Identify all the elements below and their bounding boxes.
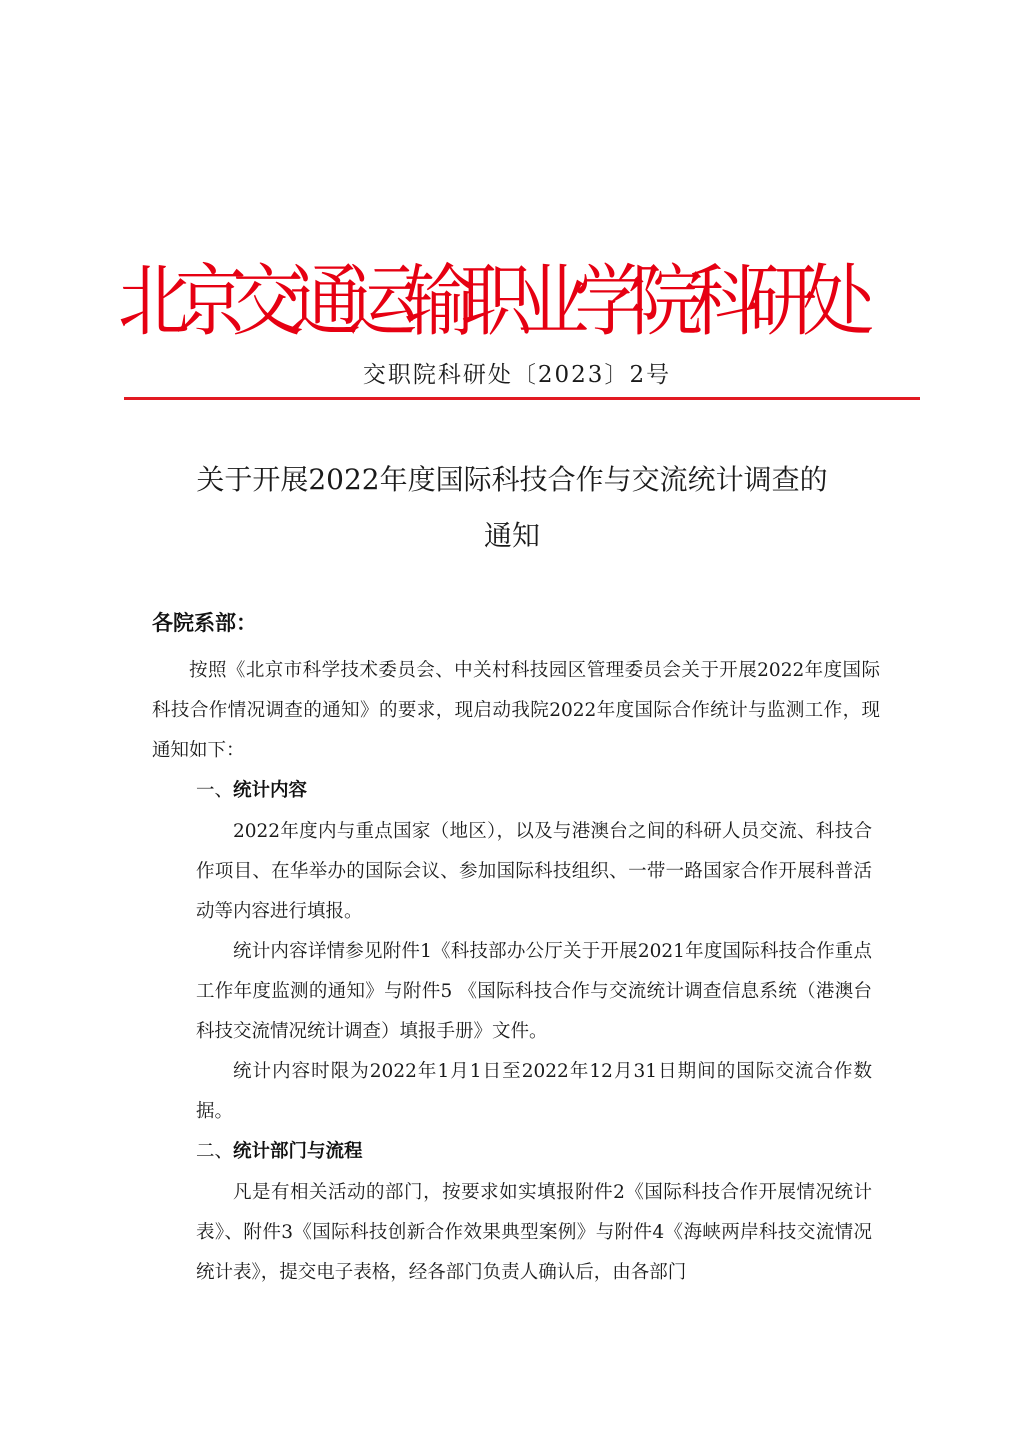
organization-letterhead: 北京交通运输职业学院科研处 [118, 252, 826, 352]
document-number: 交职院科研处〔2023〕2号 [0, 360, 1024, 390]
section-1-paragraph-3: 统计内容时限为2022年1月1日至2022年12月31日期间的国际交流合作数据。 [196, 1052, 872, 1132]
intro-paragraph: 按照《北京市科学技术委员会、中关村科技园区管理委员会关于开展2022年度国际科技… [152, 651, 880, 771]
section-label: 统计内容 [233, 780, 307, 801]
section-number: 二、 [196, 1141, 233, 1162]
document-title-line-2: 通知 [140, 508, 884, 564]
salutation: 各院系部： [152, 608, 257, 638]
document-page: 北京交通运输职业学院科研处 交职院科研处〔2023〕2号 关于开展2022年度国… [0, 0, 1024, 1448]
section-heading-1: 一、统计内容 [196, 771, 307, 811]
section-heading-2: 二、统计部门与流程 [196, 1132, 363, 1172]
document-title-line-1: 关于开展2022年度国际科技合作与交流统计调查的 [140, 452, 884, 508]
section-1-paragraph-1: 2022年度内与重点国家（地区），以及与港澳台之间的科研人员交流、科技合作项目、… [196, 812, 872, 932]
document-title: 关于开展2022年度国际科技合作与交流统计调查的 通知 [140, 452, 884, 564]
section-number: 一、 [196, 780, 233, 801]
letterhead-red-rule [124, 397, 920, 400]
section-2-paragraph-1: 凡是有相关活动的部门，按要求如实填报附件2《国际科技合作开展情况统计表》、附件3… [196, 1173, 872, 1293]
section-label: 统计部门与流程 [233, 1141, 363, 1162]
section-1-paragraph-2: 统计内容详情参见附件1《科技部办公厅关于开展2021年度国际科技合作重点工作年度… [196, 932, 872, 1052]
